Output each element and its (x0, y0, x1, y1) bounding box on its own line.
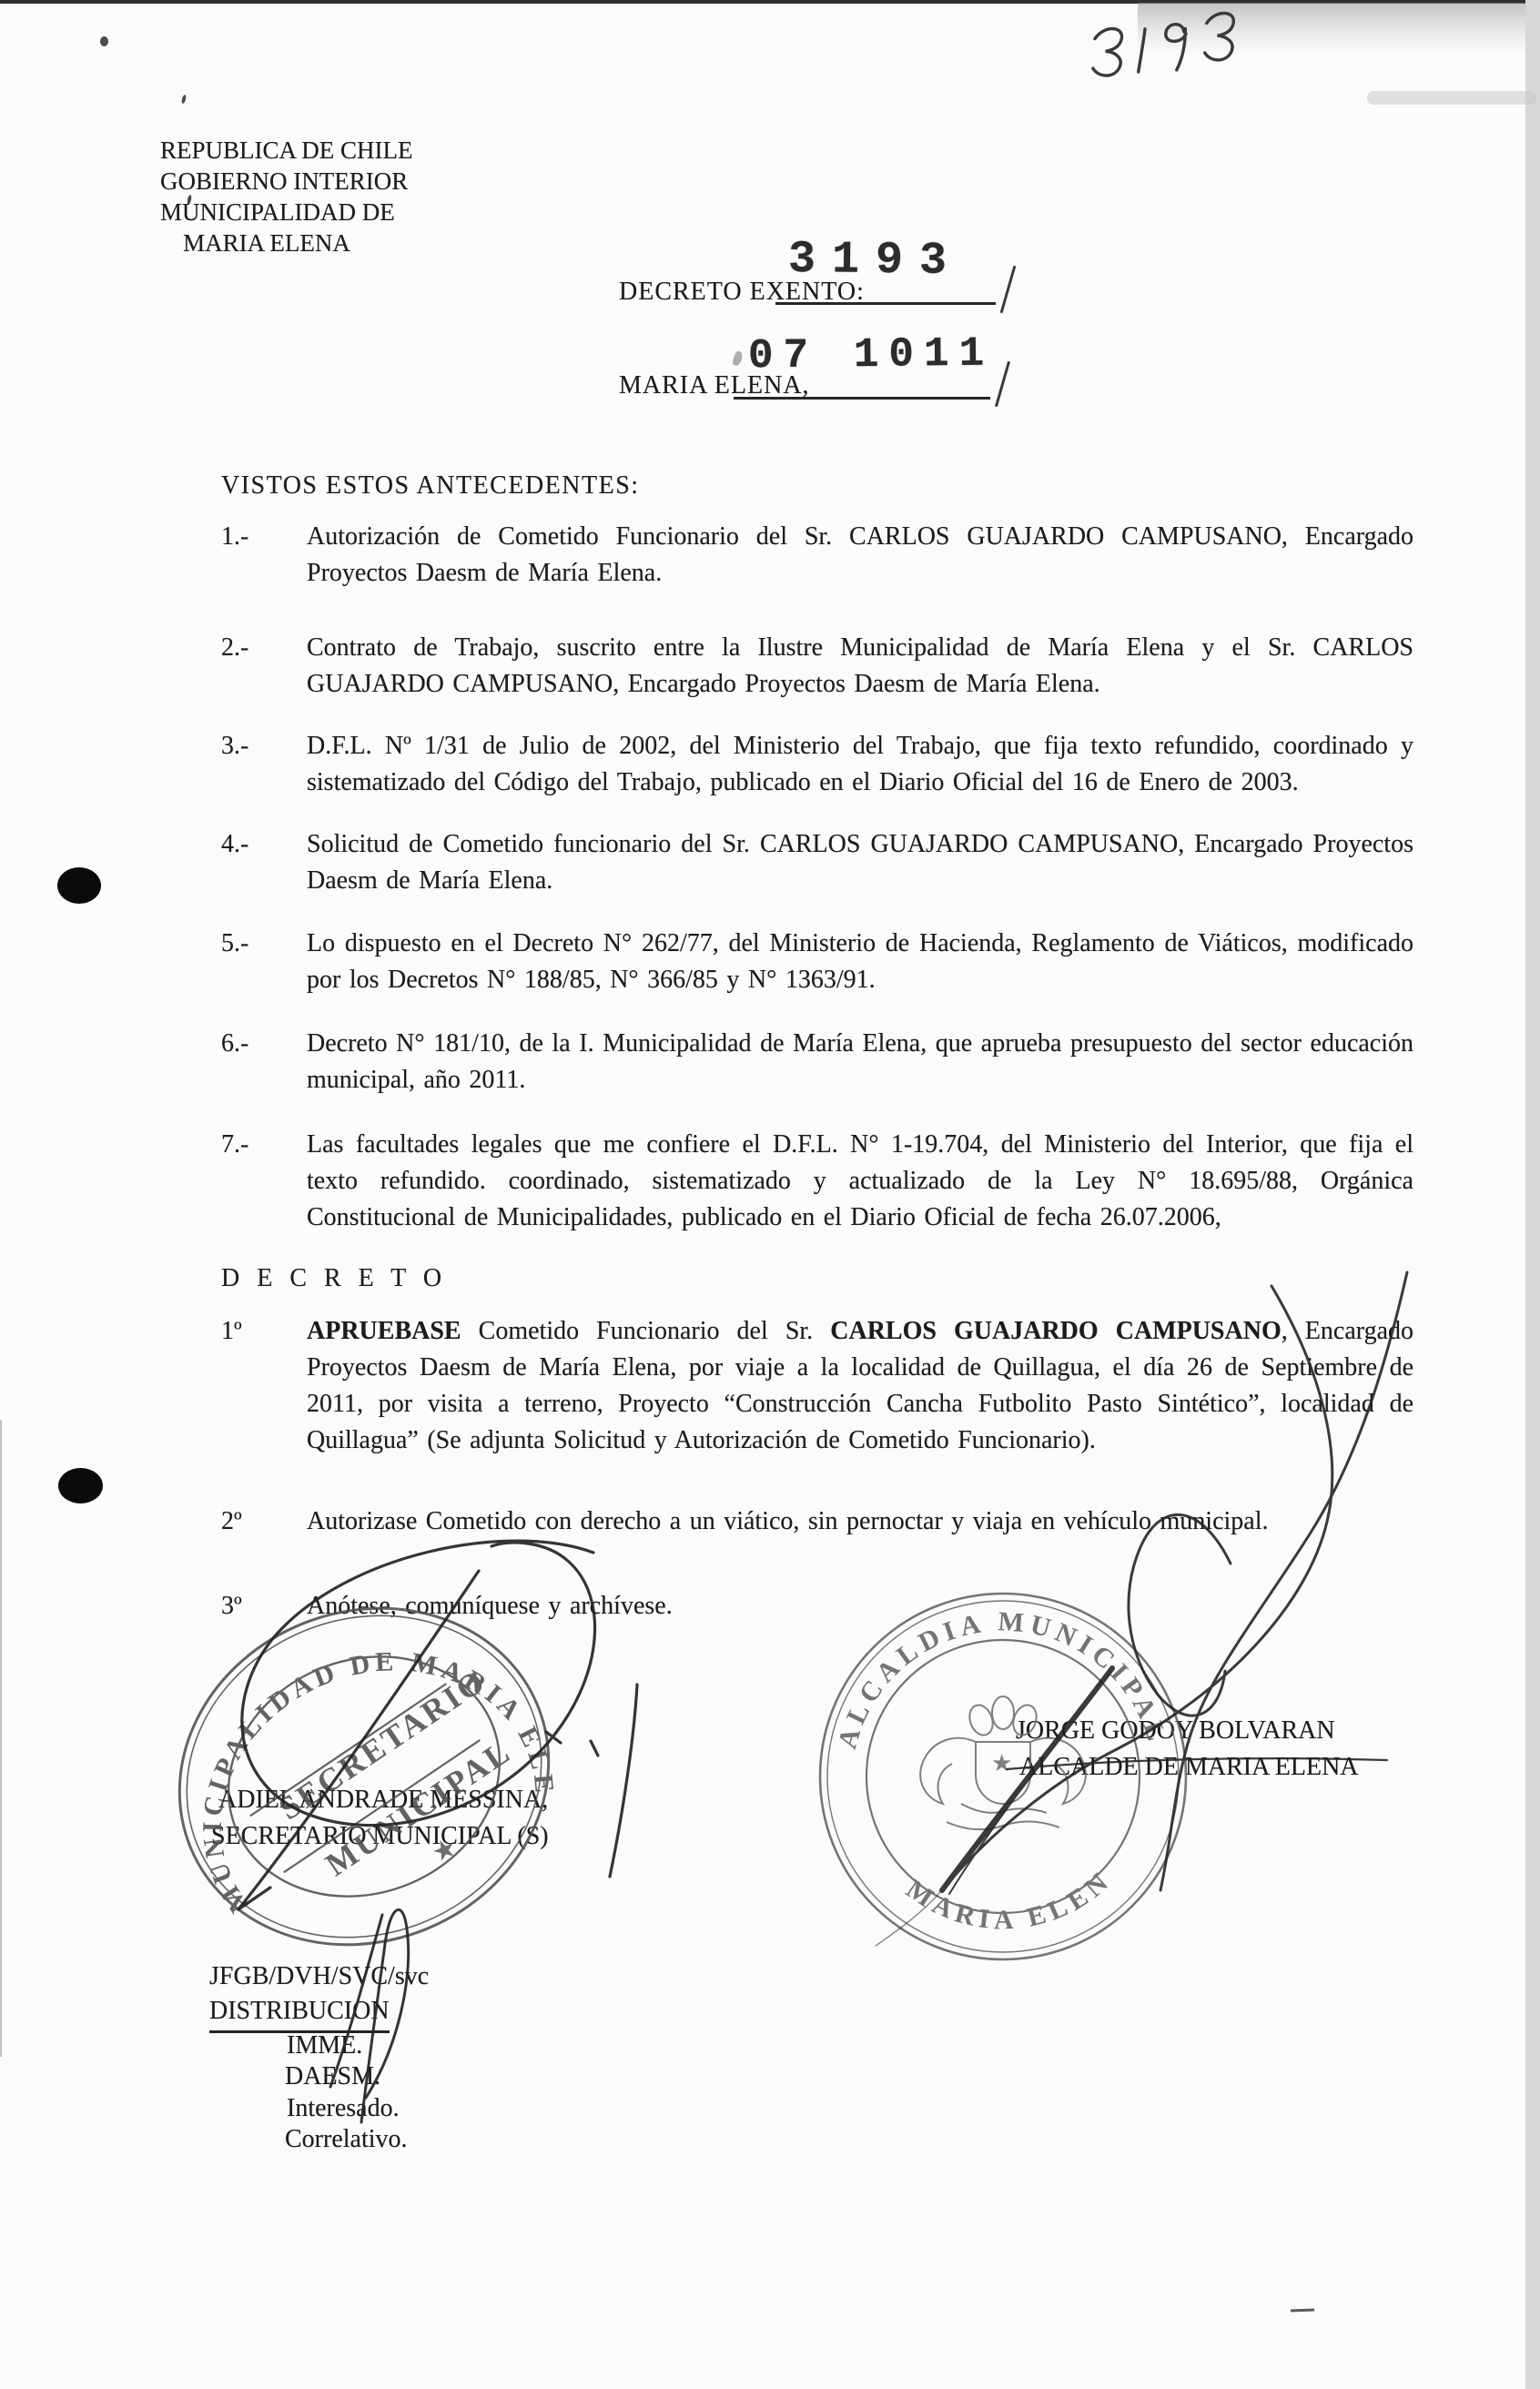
hole-punch-mark-bottom (58, 1468, 103, 1503)
decree-number-stamped-value: 3193 (788, 234, 964, 288)
vistos-item-text: Contrato de Trabajo, suscrito entre la I… (307, 630, 1413, 703)
responsibility-initials: JFGB/DVH/SVC/svc (209, 1959, 429, 1995)
hole-punch-mark-top (57, 867, 101, 904)
letterhead-line-2: GOBIERNO INTERIOR (160, 166, 373, 197)
date-underline (734, 397, 990, 400)
vistos-item-text: Lo dispuesto en el Decreto N° 262/77, de… (307, 926, 1413, 998)
vistos-item-number: 5.- (221, 926, 248, 962)
mayor-title: ALCALDE DE MARIA ELENA (1019, 1749, 1359, 1786)
vistos-item-text: Solicitud de Cometido funcionario del Sr… (307, 826, 1413, 899)
decreto-item-text: Autorizase Cometido con derecho a un viá… (307, 1503, 1413, 1540)
vistos-item-number: 7.- (221, 1127, 248, 1163)
scanned-decree-page: 3193 REPUBLICA DE CHILE GOBIERNO INTERIO… (0, 0, 1540, 2389)
vistos-item-text: D.F.L. Nº 1/31 de Julio de 2002, del Min… (307, 728, 1413, 801)
vistos-heading: VISTOS ESTOS ANTECEDENTES: (221, 468, 640, 504)
ink-speck (181, 95, 187, 105)
date-slash (995, 361, 1010, 408)
coat-of-arms-star-icon: ★ (991, 1750, 1012, 1777)
decreto-item-text: Anótese, comuníquese y archívese. (307, 1588, 1413, 1625)
scan-left-edge-line (0, 1420, 2, 2057)
letterhead-line-4: MARIA ELENA (160, 228, 373, 258)
stamp-smudge (732, 350, 745, 367)
letterhead-line-3: MUNICIPALIDAD DE (160, 197, 373, 228)
scan-right-edge-band (1525, 0, 1540, 2389)
scan-streak (1367, 91, 1536, 105)
letterhead: REPUBLICA DE CHILE GOBIERNO INTERIOR MUN… (160, 135, 373, 258)
decreto-text-segment: Cometido Funcionario del Sr. (461, 1317, 831, 1345)
scan-mark-bottom-right (1291, 2309, 1314, 2313)
vistos-item-number: 6.- (221, 1026, 248, 1062)
mayor-name: JORGE GODOY BOLVARAN (1016, 1713, 1335, 1749)
vistos-item-text: Decreto N° 181/10, de la I. Municipalida… (307, 1026, 1413, 1098)
decree-number-slash (1000, 266, 1017, 314)
decreto-heading: D E C R E T O (221, 1260, 447, 1297)
decreto-bold-segment: APRUEBASE (307, 1317, 461, 1345)
vistos-item-number: 1.- (221, 519, 248, 555)
distribution-item: Correlativo. (285, 2121, 408, 2158)
vistos-item-number: 4.- (221, 826, 248, 863)
decree-number-underline (775, 302, 996, 305)
vistos-item-number: 3.- (221, 728, 248, 764)
vistos-item-number: 2.- (221, 630, 248, 666)
secretary-name: ADIEL ANDRADE MESSINA, (218, 1782, 548, 1818)
decreto-item-number: 3º (221, 1588, 242, 1625)
decreto-item-text: APRUEBASE Cometido Funcionario del Sr. C… (307, 1313, 1413, 1459)
ink-speck (100, 36, 108, 46)
decreto-item-number: 1º (221, 1313, 242, 1350)
vistos-item-text: Autorización de Cometido Funcionario del… (307, 519, 1413, 592)
secretary-stamp-ring-text: MUNICIPALIDAD DE MARIA ELENA (147, 1593, 569, 1929)
vistos-item-text: Las facultades legales que me confiere e… (307, 1127, 1413, 1236)
decreto-bold-segment: CARLOS GUAJARDO CAMPUSANO (830, 1317, 1281, 1345)
distribution-item: DAESM. (285, 2059, 380, 2095)
letterhead-line-1: REPUBLICA DE CHILE (160, 135, 373, 166)
secretary-title: SECRETARIO MUNICIPAL (S) (211, 1818, 549, 1855)
decreto-item-number: 2º (221, 1503, 242, 1540)
date-stamped-value: 07 1011 (748, 330, 995, 380)
handwritten-folio-number (1083, 5, 1265, 78)
